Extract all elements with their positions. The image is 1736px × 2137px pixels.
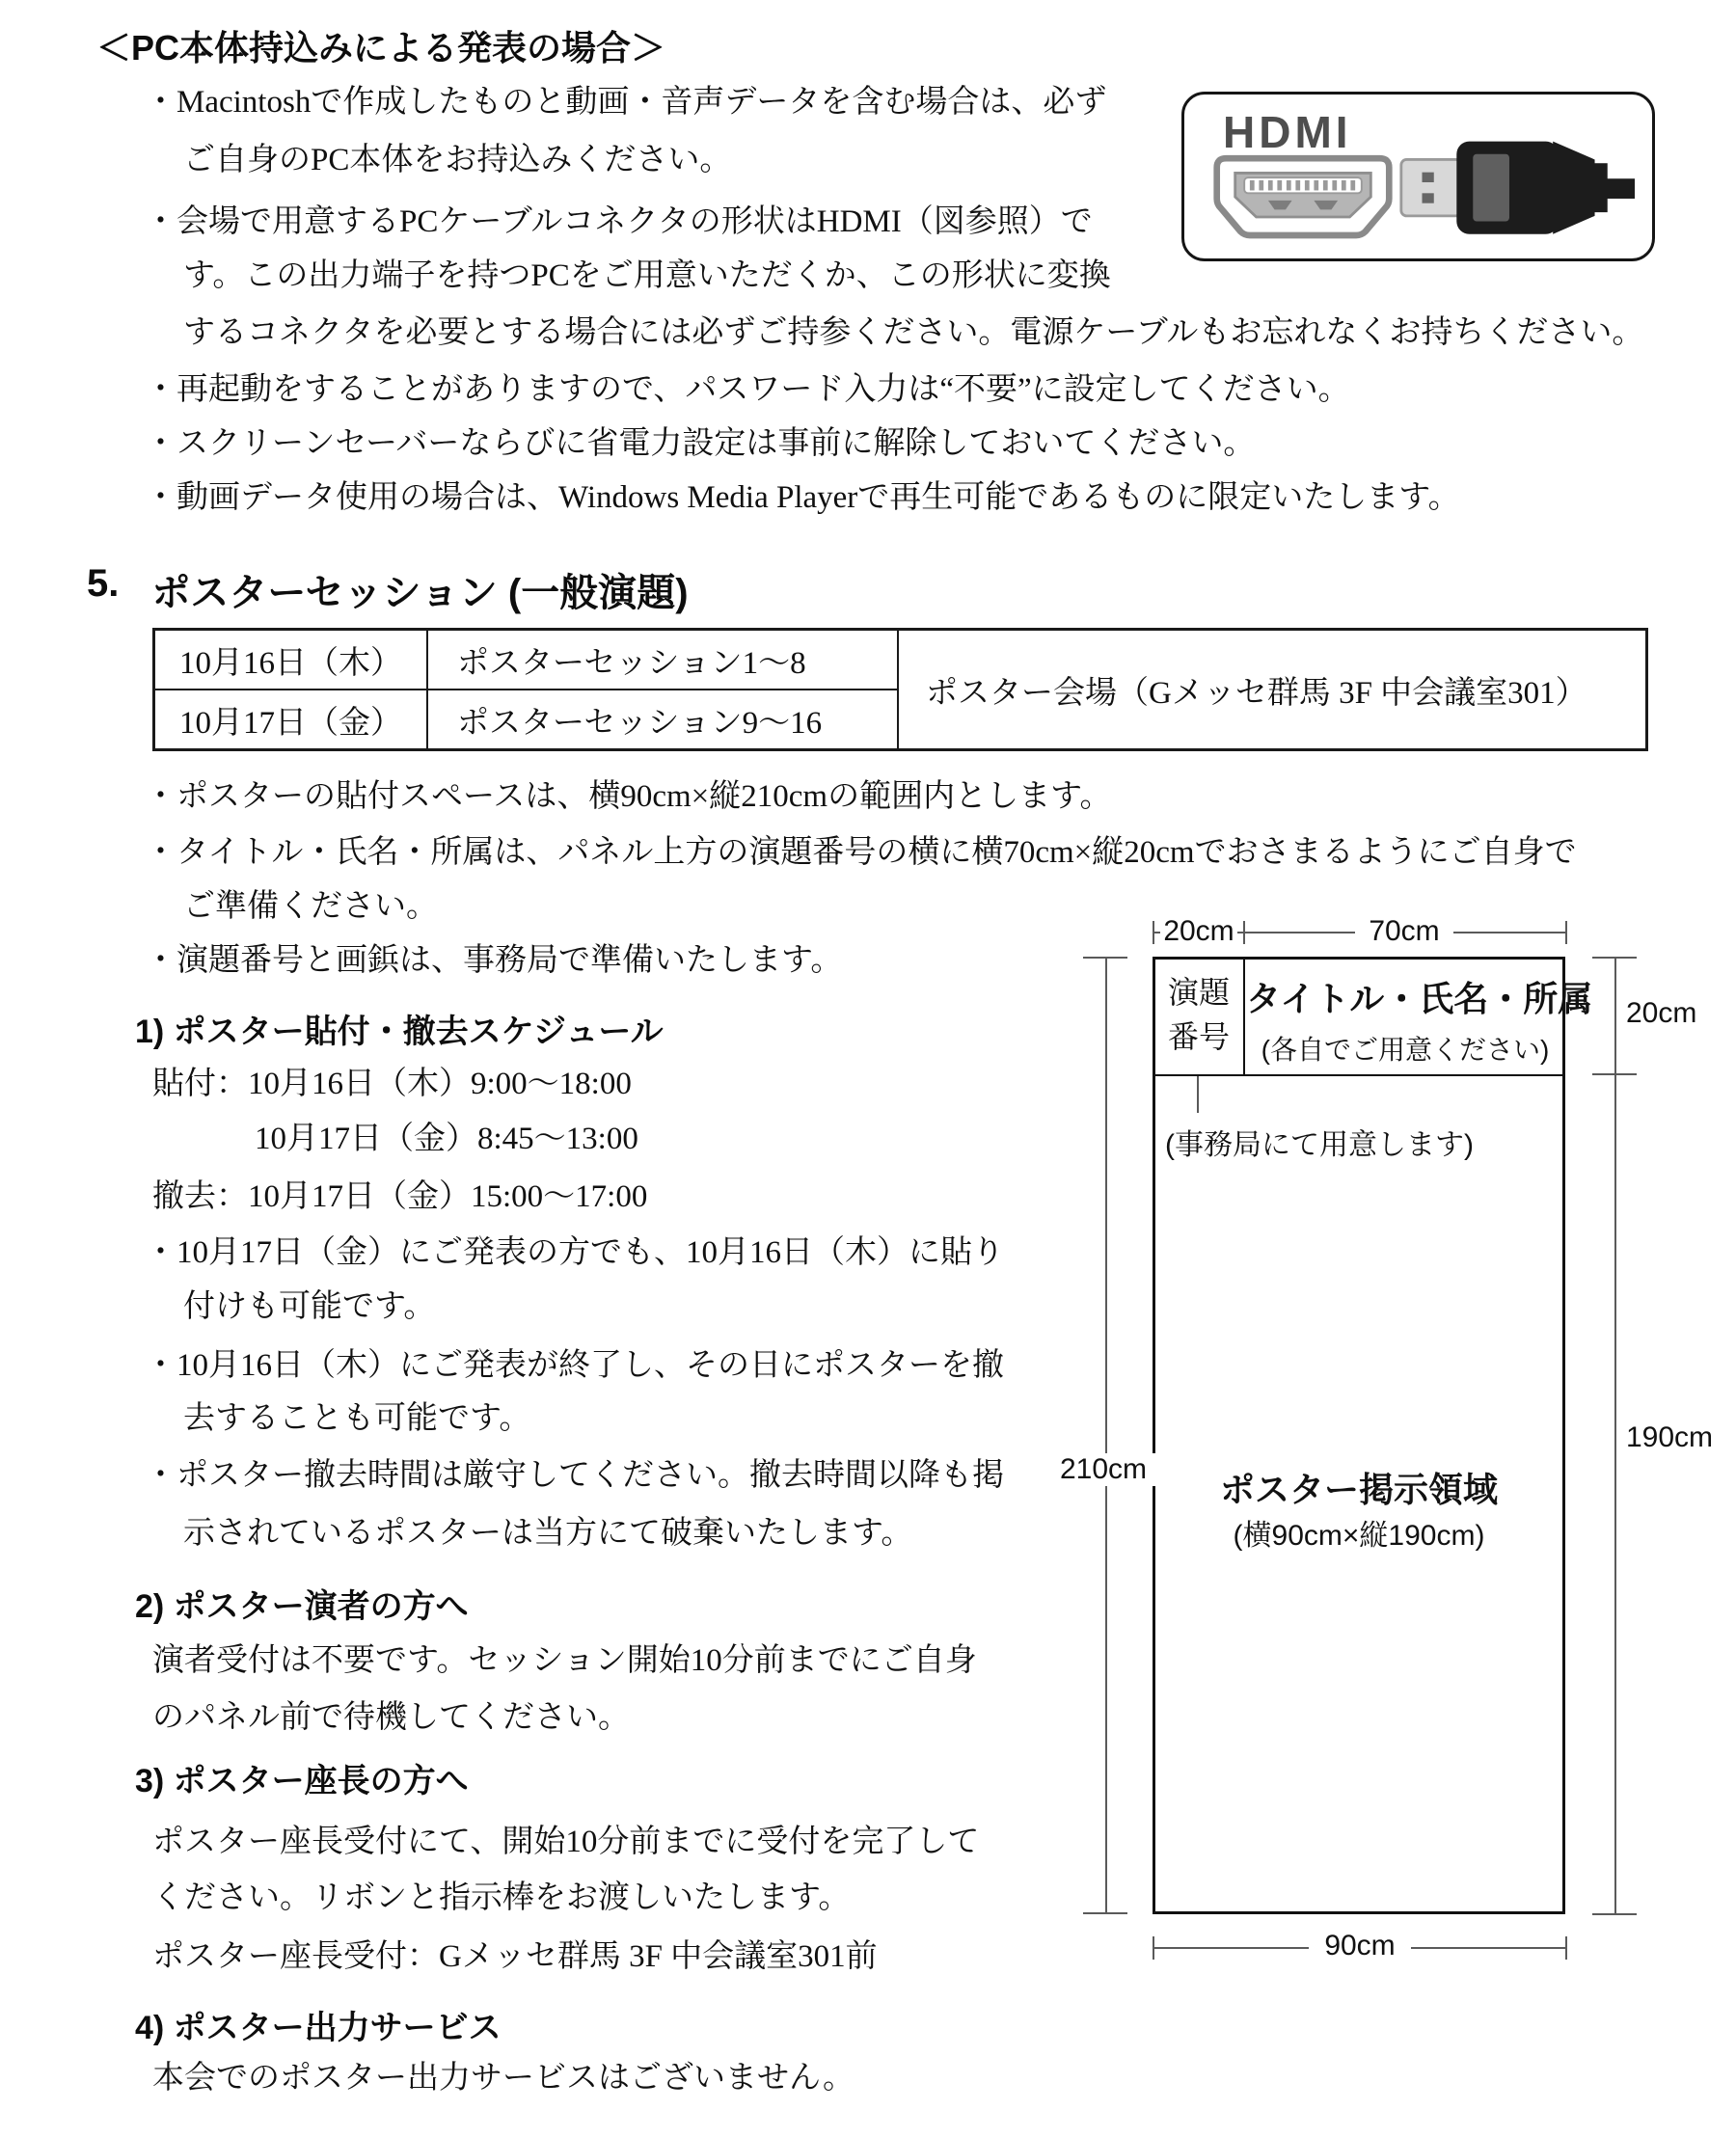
dim-label-190cm: 190cm <box>1626 1421 1713 1454</box>
abstract-number-cell: 演題 番号 <box>1154 970 1243 1059</box>
title-cell: タイトル・氏名・所属 (各自でご用意ください) <box>1246 972 1564 1068</box>
chairs-line: ポスター座長受付にて、開始10分前までに受付を完了して <box>152 1823 979 1861</box>
section-number: 5. <box>87 562 119 617</box>
pc-bullet-line: するコネクタを必要とする場合には必ずご持参ください。電源ケーブルもお忘れなくお持… <box>183 313 1643 352</box>
presenters-line: のパネル前で待機してください。 <box>152 1698 630 1737</box>
display-area-title: ポスター掲示領域 <box>1153 1463 1565 1512</box>
dimension-tick <box>1083 1912 1127 1914</box>
document-page: ＜PC本体持込みによる発表の場合＞ ・Macintoshで作成したものと動画・音… <box>0 0 1736 2137</box>
subheading-chairs: 3) ポスター座長の方へ <box>135 1754 469 1801</box>
callout-line <box>1197 1076 1199 1113</box>
abstract-number-line: 演題 <box>1154 970 1243 1014</box>
schedule-line: 貼付：10月16日（木）9:00～18:00 <box>152 1065 632 1103</box>
venue-cell: ポスター会場（Gメッセ群馬 3F 中会議室301） <box>898 630 1647 750</box>
schedule-line: 示されているポスターは当方にて破棄いたします。 <box>183 1514 912 1553</box>
dimension-tick <box>1153 1936 1154 1960</box>
presenters-line: 演者受付は不要です。セッション開始10分前までにご自身 <box>152 1641 977 1680</box>
session-name-cell: ポスターセッション1～8 <box>427 630 898 690</box>
dimension-tick <box>1083 957 1127 959</box>
pc-bullet-line: ・再起動をすることがありますので、パスワード入力は“不要”に設定してください。 <box>145 370 1350 409</box>
session-date-cell: 10月16日（木） <box>154 630 428 690</box>
dimension-tick <box>1153 921 1154 944</box>
schedule-line: ・10月17日（金）にご発表の方でも、10月16日（木）に貼り <box>145 1233 1004 1272</box>
table-row: 10月16日（木） ポスターセッション1～8 ポスター会場（Gメッセ群馬 3F … <box>154 630 1647 690</box>
dim-label-70cm-top: 70cm <box>1355 915 1453 948</box>
session-name-cell: ポスターセッション9～16 <box>427 690 898 750</box>
office-note: (事務局にて用意します) <box>1165 1121 1474 1163</box>
dimension-tick <box>1592 957 1637 959</box>
poster-section-heading: 5. ポスターセッション (一般演題) <box>87 562 689 617</box>
dimension-tick <box>1565 921 1567 944</box>
subheading-print-service: 4) ポスター出力サービス <box>135 2001 502 2048</box>
schedule-line: 去することも可能です。 <box>183 1399 530 1438</box>
dimension-line <box>1614 1074 1616 1914</box>
title-cell-sub: (各自でご用意ください) <box>1246 1029 1564 1068</box>
schedule-line: 10月17日（金）8:45～13:00 <box>255 1120 638 1158</box>
schedule-line: ・ポスター撤去時間は厳守してください。撤去時間以降も掲 <box>145 1456 1004 1495</box>
schedule-line: 撤去：10月17日（金）15:00～17:00 <box>152 1177 647 1216</box>
poster-panel-figure: 20cm 70cm 演題 番号 タイトル・氏名・所属 (各自でご用意ください) … <box>1046 906 1736 2025</box>
subheading-schedule: 1) ポスター貼付・撤去スケジュール <box>135 1005 664 1052</box>
poster-panel-outline <box>1153 957 1565 1914</box>
pc-bullet-line: ・スクリーンセーバーならびに省電力設定は事前に解除しておいてください。 <box>145 424 1255 463</box>
dim-label-210cm: 210cm <box>1046 1453 1160 1486</box>
dim-label-20cm-top: 20cm <box>1160 915 1237 948</box>
title-cell-main: タイトル・氏名・所属 <box>1246 972 1564 1021</box>
pc-bullet-line: す。この出力端子を持つPCをご用意いただくか、この形状に変換 <box>183 257 1111 295</box>
poster-session-table: 10月16日（木） ポスターセッション1～8 ポスター会場（Gメッセ群馬 3F … <box>152 628 1648 751</box>
dim-label-20cm-right: 20cm <box>1626 997 1696 1030</box>
abstract-number-line: 番号 <box>1154 1014 1243 1059</box>
header-cell-divider <box>1243 957 1245 1074</box>
section-title: ポスターセッション (一般演題) <box>151 562 688 617</box>
poster-note-line: ・演題番号と画鋲は、事務局で準備いたします。 <box>145 941 842 980</box>
hdmi-figure: HDMI <box>1181 92 1655 261</box>
hdmi-plug-icon <box>1398 135 1635 246</box>
print-service-line: 本会でのポスター出力サービスはございません。 <box>152 2059 854 2097</box>
dimension-tick <box>1592 1913 1637 1915</box>
pc-bullet-line: ・会場で用意するPCケーブルコネクタの形状はHDMI（図参照）で <box>145 203 1093 241</box>
dimension-line <box>1614 957 1616 1074</box>
poster-note-line: ご準備ください。 <box>183 887 438 926</box>
header-bottom-line <box>1153 1074 1565 1076</box>
schedule-line: 付けも可能です。 <box>183 1287 435 1326</box>
chairs-line: ください。リボンと指示棒をお渡しいたします。 <box>152 1879 850 1917</box>
poster-note-line: ・ポスターの貼付スペースは、横90cm×縦210cmの範囲内とします。 <box>145 777 1111 816</box>
pc-bullet-line: ご自身のPC本体をお持込みください。 <box>183 141 731 179</box>
chairs-line: ポスター座長受付：Gメッセ群馬 3F 中会議室301前 <box>152 1937 878 1976</box>
dimension-tick <box>1243 921 1245 944</box>
hdmi-port-icon <box>1211 150 1395 247</box>
pc-section-heading: ＜PC本体持込みによる発表の場合＞ <box>96 21 665 70</box>
dimension-tick <box>1565 1936 1567 1960</box>
display-area-sub: (横90cm×縦190cm) <box>1153 1511 1565 1554</box>
pc-bullet-line: ・Macintoshで作成したものと動画・音声データを含む場合は、必ず <box>145 83 1106 122</box>
dim-label-90cm: 90cm <box>1309 1930 1411 1962</box>
pc-bullet-line: ・動画データ使用の場合は、Windows Media Playerで再生可能であ… <box>145 478 1460 517</box>
subheading-presenters: 2) ポスター演者の方へ <box>135 1580 469 1627</box>
session-date-cell: 10月17日（金） <box>154 690 428 750</box>
poster-note-line: ・タイトル・氏名・所属は、パネル上方の演題番号の横に横70cm×縦20cmでおさ… <box>145 833 1577 872</box>
schedule-line: ・10月16日（木）にご発表が終了し、その日にポスターを撤 <box>145 1346 1004 1385</box>
dimension-line <box>1105 957 1107 1914</box>
